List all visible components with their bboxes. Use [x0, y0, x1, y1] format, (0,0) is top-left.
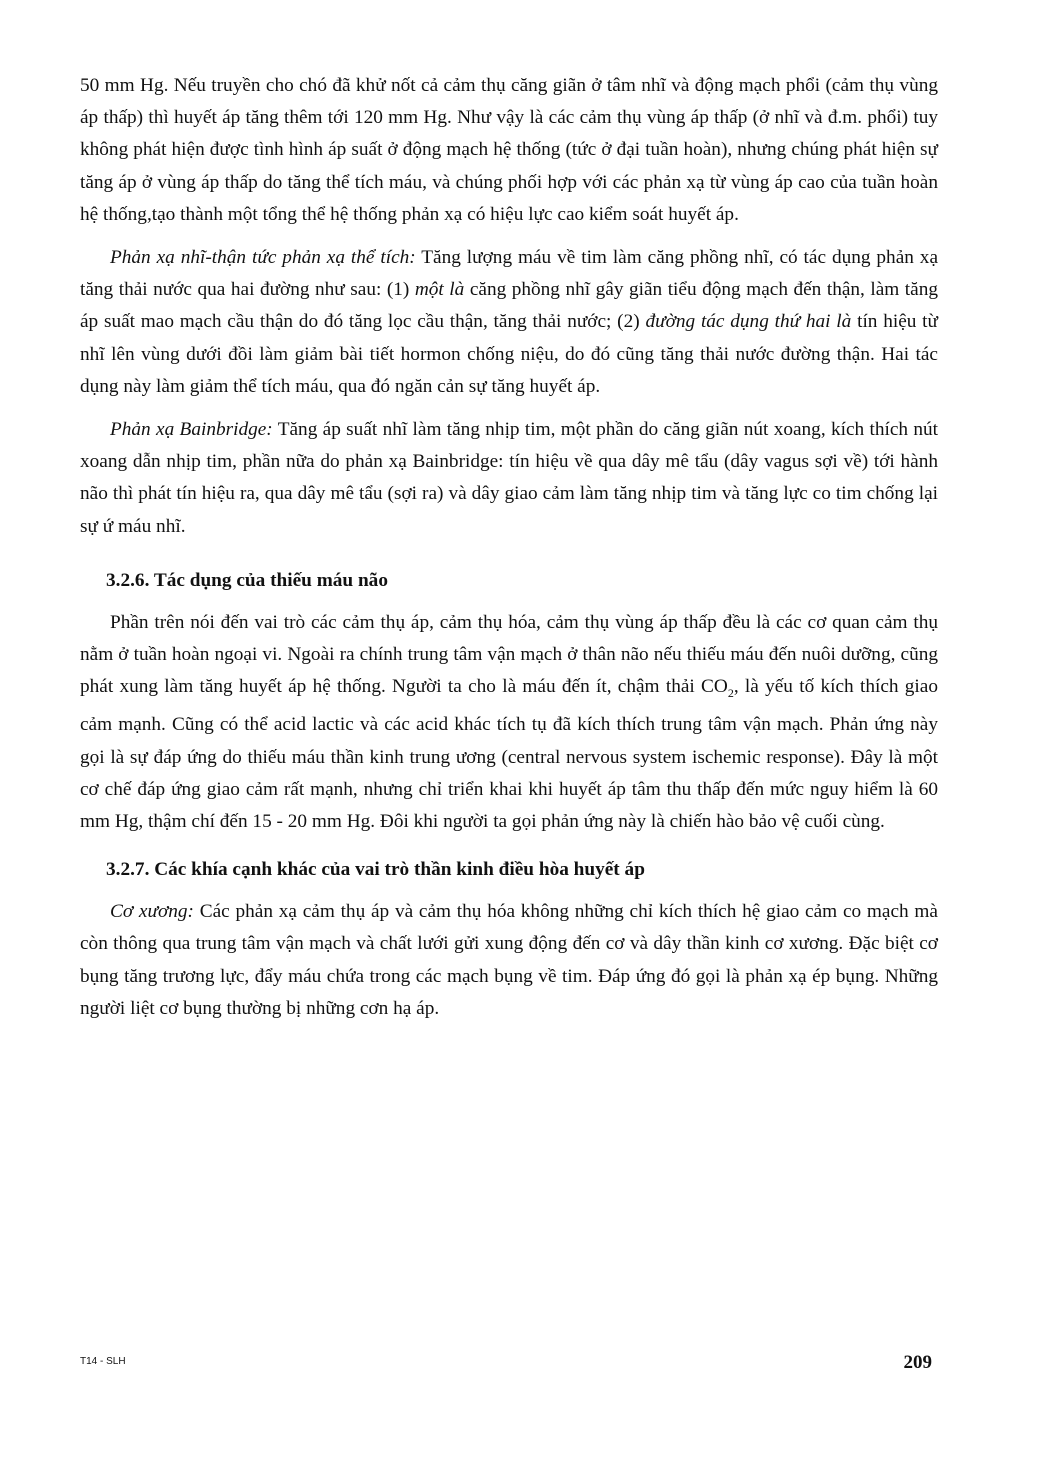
- section-heading-3-2-7: 3.2.7. Các khía cạnh khác của vai trò th…: [106, 854, 938, 886]
- paragraph-lead-term: Phản xạ Bainbridge:: [110, 419, 273, 440]
- footer-code: T14 - SLH: [80, 1356, 126, 1367]
- section-heading-3-2-6: 3.2.6. Tác dụng của thiếu máu não: [106, 565, 938, 597]
- paragraph-skeletal-muscle: Cơ xương: Các phản xạ cảm thụ áp và cảm …: [80, 896, 938, 1025]
- paragraph-lead-term: Cơ xương:: [110, 901, 194, 922]
- paragraph-bainbridge-reflex: Phản xạ Bainbridge: Tăng áp suất nhĩ làm…: [80, 414, 938, 543]
- page-body: 50 mm Hg. Nếu truyền cho chó đã khử nốt …: [80, 70, 938, 1025]
- paragraph-cns-ischemic-response: Phần trên nói đến vai trò các cảm thụ áp…: [80, 607, 938, 838]
- paragraph-atrial-renal-reflex: Phản xạ nhĩ-thận tức phản xạ thể tích: T…: [80, 242, 938, 403]
- paragraph-low-pressure-receptors: 50 mm Hg. Nếu truyền cho chó đã khử nốt …: [80, 70, 938, 231]
- page-footer: T14 - SLH 209: [80, 1352, 932, 1376]
- paragraph-lead-term: Phản xạ nhĩ-thận tức phản xạ thể tích:: [110, 247, 416, 268]
- page-number: 209: [904, 1352, 933, 1374]
